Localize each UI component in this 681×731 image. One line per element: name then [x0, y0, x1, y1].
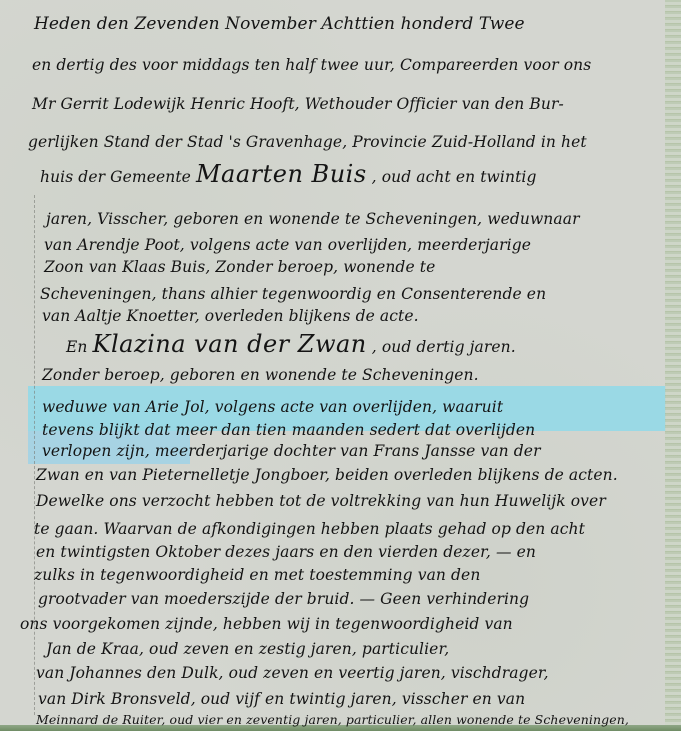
handwritten-line: van Dirk Bronsveld, oud vijf en twintig …: [38, 690, 663, 708]
groom-name: Maarten Buis: [196, 160, 367, 188]
handwritten-line: jaren, Visscher, geboren en wonende te S…: [46, 210, 663, 228]
handwritten-line-highlighted: tevens blijkt dat meer dan tien maanden …: [42, 421, 663, 439]
handwritten-line: Zoon van Klaas Buis, Zonder beroep, wone…: [44, 258, 663, 276]
handwritten-line: te gaan. Waarvan de afkondigingen hebben…: [34, 520, 663, 538]
line-text: huis der Gemeente: [40, 168, 191, 186]
handwritten-line: gerlijken Stand der Stad 's Gravenhage, …: [28, 133, 663, 151]
handwritten-line: Jan de Kraa, oud zeven en zestig jaren, …: [46, 640, 663, 658]
handwritten-line: en dertig des voor middags ten half twee…: [32, 56, 663, 74]
handwritten-line: Zwan en van Pieternelletje Jongboer, bei…: [36, 466, 663, 484]
handwritten-line-highlighted: weduwe van Arie Jol, volgens acte van ov…: [42, 398, 663, 416]
handwritten-line: Meinnard de Ruiter, oud vier en zeventig…: [36, 712, 663, 727]
line-text: En: [66, 338, 88, 356]
handwritten-line: van Johannes den Dulk, oud zeven en veer…: [36, 664, 663, 682]
handwritten-line: Scheveningen, thans alhier tegenwoordig …: [40, 285, 663, 303]
handwritten-line: van Arendje Poot, volgens acte van overl…: [44, 236, 663, 254]
page-edge-right: [665, 0, 681, 731]
handwritten-line: van Aaltje Knoetter, overleden blijkens …: [42, 307, 663, 325]
line-text: , oud dertig jaren.: [372, 338, 516, 356]
bride-name: Klazina van der Zwan: [93, 330, 367, 358]
handwritten-line: grootvader van moederszijde der bruid. —…: [38, 590, 663, 608]
line-text: , oud acht en twintig: [372, 168, 537, 186]
handwritten-line: verlopen zijn, meerderjarige dochter van…: [42, 442, 663, 460]
handwritten-line: zulks in tegenwoordigheid en met toestem…: [34, 566, 663, 584]
handwritten-line: Zonder beroep, geboren en wonende te Sch…: [42, 366, 663, 384]
handwritten-line: Heden den Zevenden November Achttien hon…: [34, 14, 663, 34]
handwritten-line: Dewelke ons verzocht hebben tot de voltr…: [36, 492, 663, 510]
margin-dashed-rule: [34, 195, 35, 715]
handwritten-line: en twintigsten Oktober dezes jaars en de…: [36, 543, 663, 561]
handwritten-line: Mr Gerrit Lodewijk Henric Hooft, Wethoud…: [32, 95, 663, 113]
handwritten-line: huis der Gemeente Maarten Buis , oud ach…: [40, 160, 663, 188]
handwritten-line: En Klazina van der Zwan , oud dertig jar…: [66, 330, 663, 358]
document-page: Heden den Zevenden November Achttien hon…: [0, 0, 681, 731]
handwritten-line: ons voorgekomen zijnde, hebben wij in te…: [20, 615, 663, 633]
